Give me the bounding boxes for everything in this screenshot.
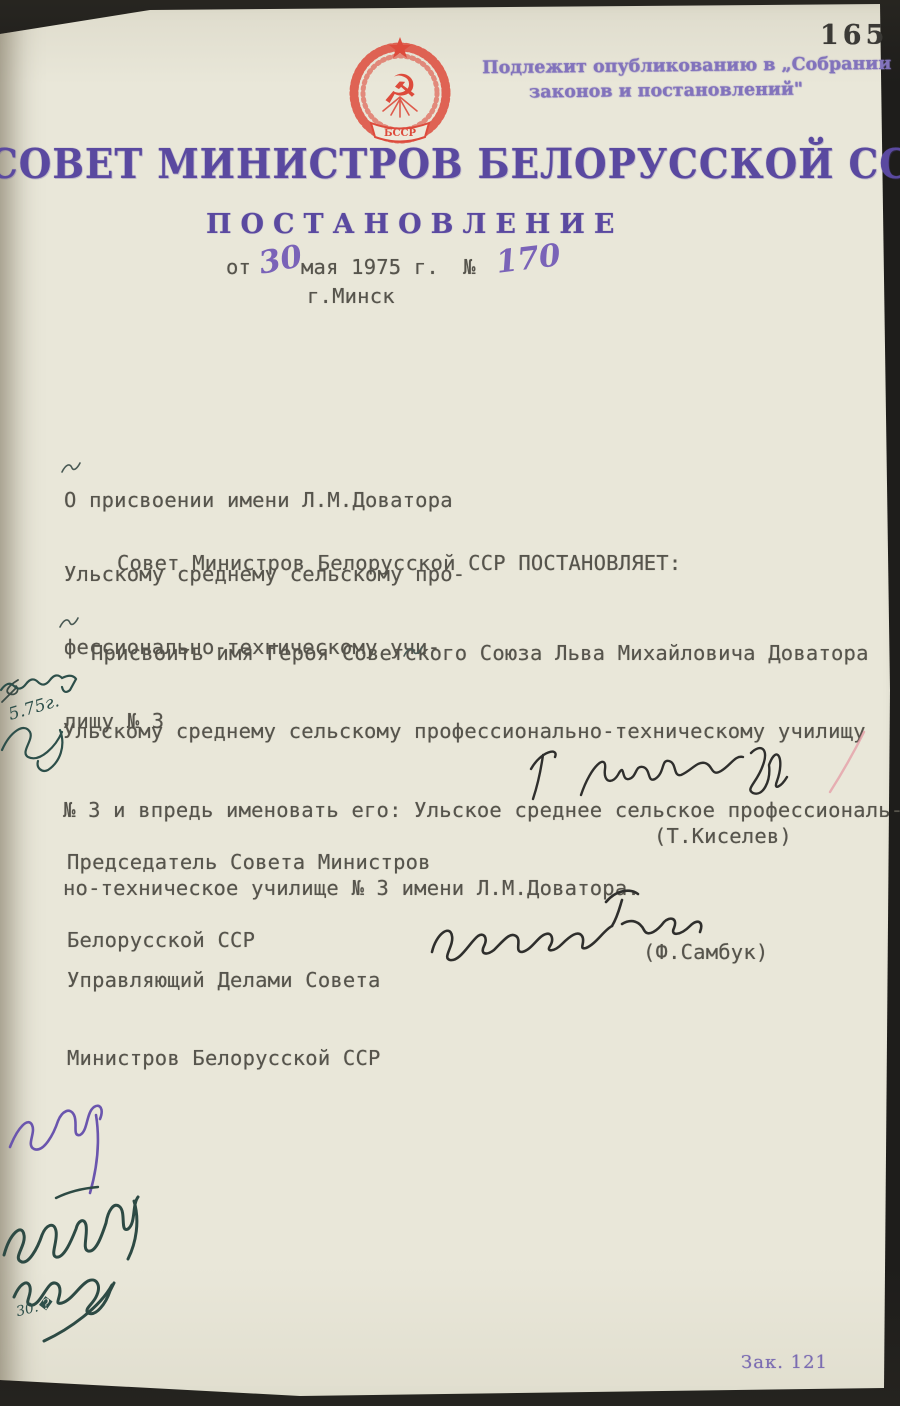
dateline-number-sign: № (463, 255, 476, 279)
handwritten-correction-mark (61, 461, 81, 474)
page-number: 165 (820, 20, 888, 51)
signature-name-1: (Т.Киселев) (654, 824, 792, 848)
signature-name-2: (Ф.Самбук) (643, 940, 768, 964)
hammer-sickle-icon: ☭ (382, 67, 418, 113)
signature-title-line: Председатель Совета Министров (67, 849, 431, 875)
handwritten-correction-mark (59, 616, 79, 629)
bssr-coat-of-arms-icon: ☭ БССР (343, 33, 457, 147)
emblem-ribbon-label: БССР (384, 128, 416, 139)
subject-line: О присвоении имени Л.М.Доватора (64, 488, 465, 514)
paragraph-line: Присвоить имя Героя Советского Союза Льв… (63, 638, 900, 668)
dateline-city: г.Минск (307, 284, 395, 308)
signature-title-line: Министров Белорусской ССР (67, 1045, 381, 1071)
publication-stamp-line1: Подлежит опубликованию в „Собрании (482, 54, 891, 78)
print-order-number: Зак. 121 (741, 1352, 828, 1373)
resolution-intro: Совет Министров Белорусской ССР ПОСТАНОВ… (117, 551, 681, 575)
dateline-month-year: мая 1975 г. (301, 255, 439, 279)
handwritten-correction-mark (403, 645, 423, 658)
dateline-prefix: от (226, 255, 251, 279)
signature-title-line: Управляющий Делами Совета (67, 967, 381, 993)
signature-kiselev (515, 725, 805, 825)
document-type-title: ПОСТАНОВЛЕНИЕ (206, 209, 624, 240)
organization-title: СОВЕТ МИНИСТРОВ БЕЛОРУССКОЙ ССР (0, 140, 900, 189)
signature-title-2: Управляющий Делами Совета Министров Бело… (67, 915, 381, 1097)
pink-pencil-stroke (818, 728, 878, 798)
publication-stamp-line2: законов и постановлений" (529, 80, 803, 103)
